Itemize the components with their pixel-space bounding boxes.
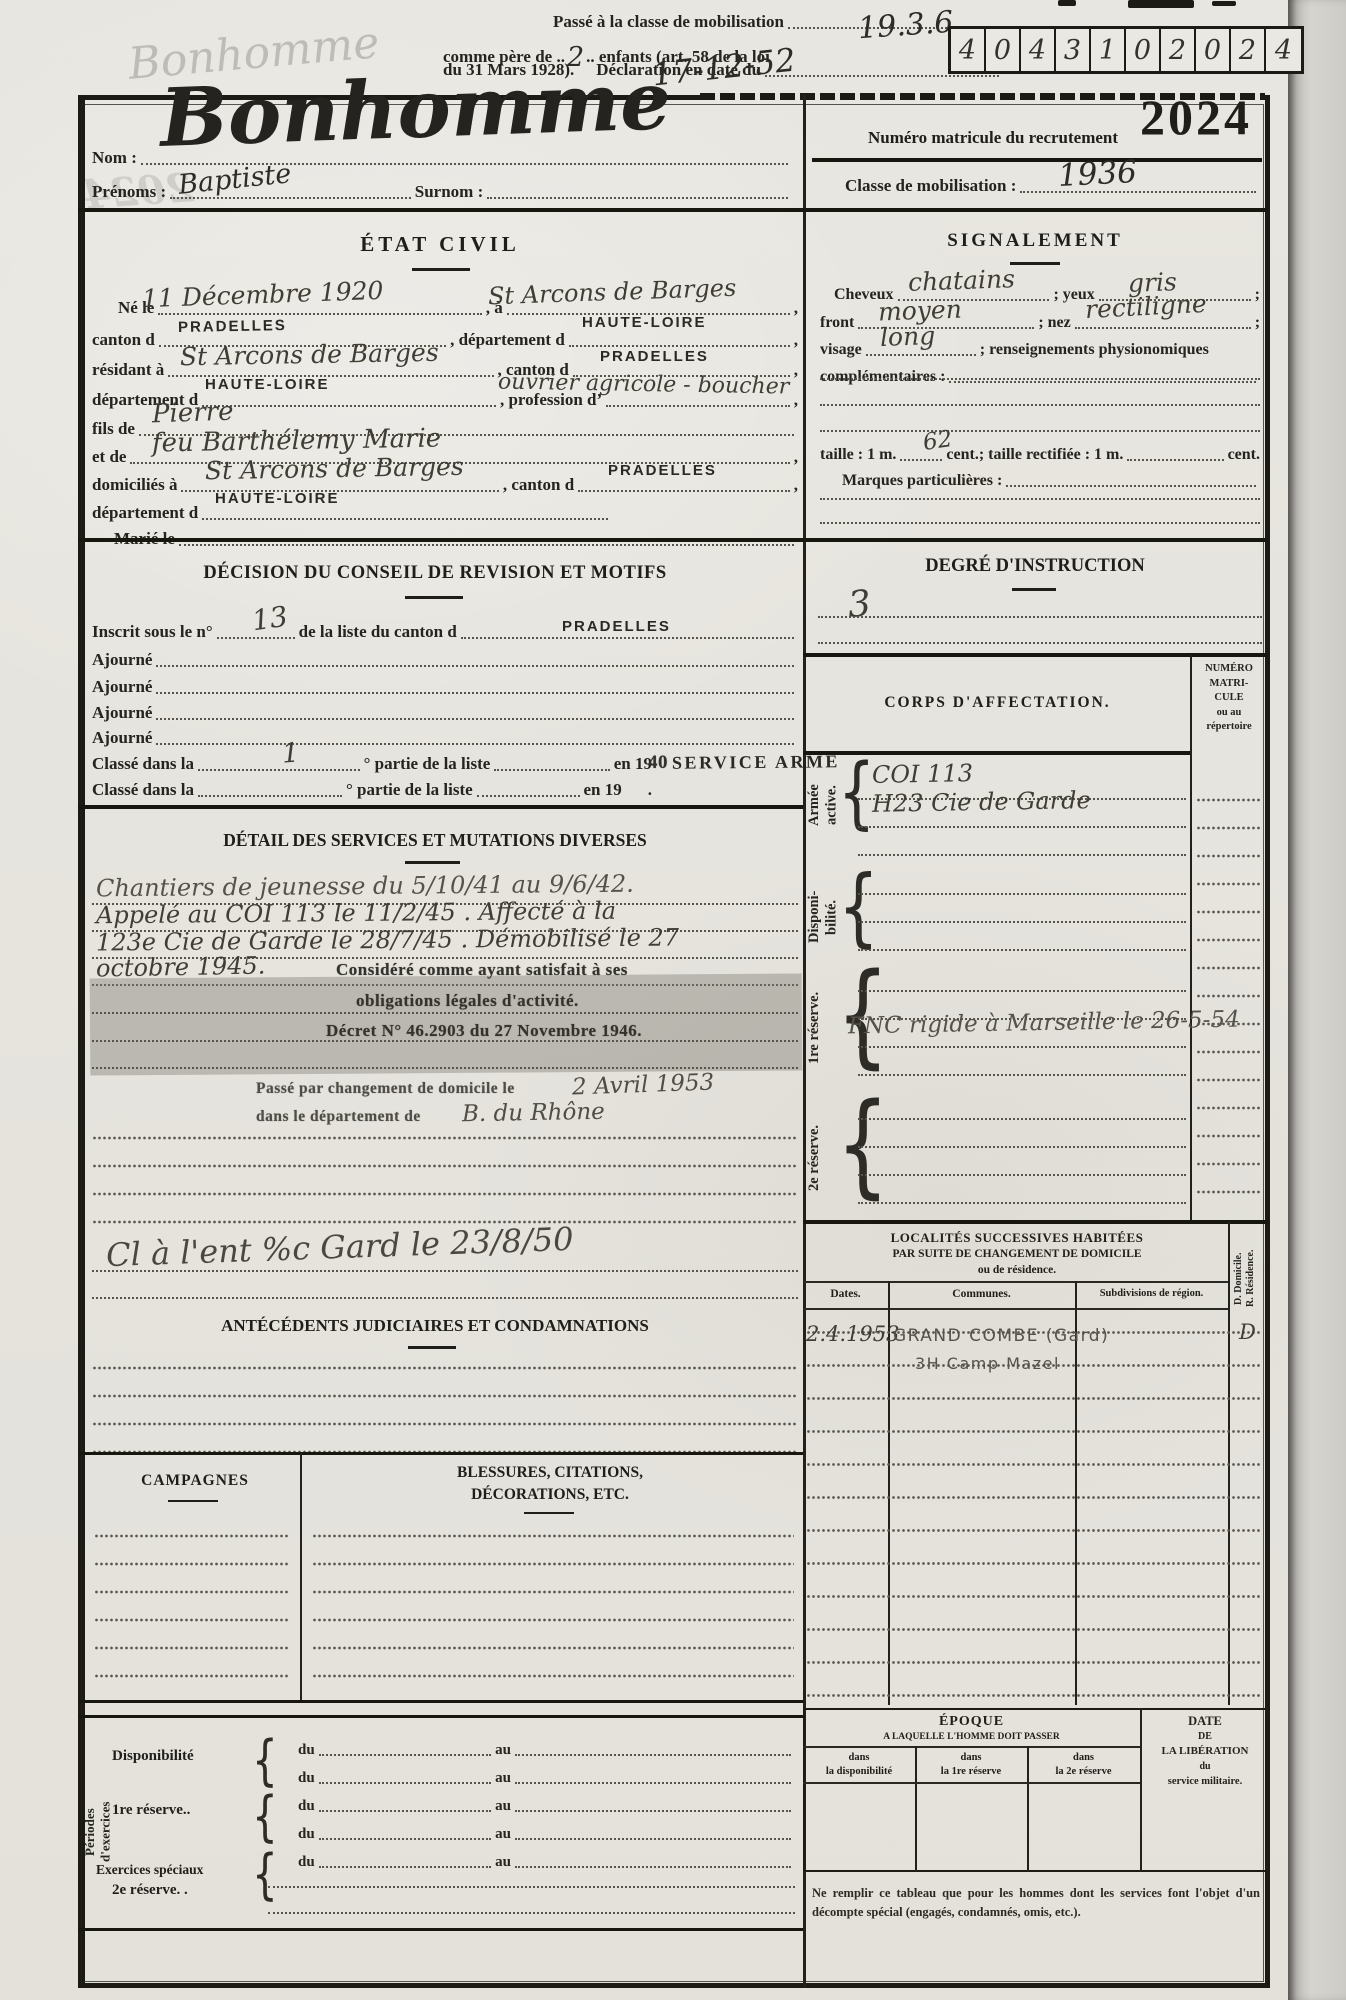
antecedents-title: ANTÉCÉDENTS JUDICIAIRES ET CONDAMNATIONS (130, 1316, 740, 1336)
date-header-line: LA LIBÉRATION (1142, 1744, 1268, 1759)
degre-instruction-title: DEGRÉ D'INSTRUCTION (880, 556, 1190, 577)
changement-date-handwritten: 2 Avril 1953 (572, 1070, 715, 1101)
dotted-leader (202, 518, 608, 520)
ajourne-row: Ajourné (92, 650, 798, 670)
registry-digit-cell: 0 (1126, 29, 1161, 71)
group-brace: { (838, 868, 879, 947)
reserve2-row-label: 2e réserve. . (112, 1882, 257, 1899)
localite-date-handwritten: 2.4.1953 (806, 1322, 900, 1346)
front-label: front (820, 314, 854, 332)
epoque-col1-line2: la disponibilité (803, 1766, 915, 1777)
title-rule (408, 1346, 456, 1349)
ajourne-label: Ajourné (92, 650, 152, 670)
dotted-leader (1006, 485, 1256, 487)
dr-header-line: R. Résidence. (1245, 1250, 1256, 1308)
dotted-leader (202, 405, 496, 407)
registry-digit: 4 (1275, 35, 1292, 66)
registry-digit: 0 (1134, 35, 1151, 66)
premiere-reserve-label: 1re réserve. (806, 968, 823, 1088)
visage-handwritten: long (880, 321, 936, 352)
title-rule (1010, 262, 1060, 265)
armee-active-label: Armée active. (806, 762, 841, 848)
au-label: au (495, 1742, 511, 1759)
registry-digit-cell: 4 (1266, 29, 1301, 71)
disponibilite-label: Disponi- bilité. (806, 874, 841, 960)
armee-label-line: Armée (806, 784, 822, 826)
comma: , (794, 330, 798, 350)
date-header-line: service militaire. (1142, 1774, 1268, 1789)
ajourne-row: Ajourné (92, 703, 798, 723)
registry-digit: 4 (959, 35, 976, 66)
thin-rule (803, 1746, 1140, 1748)
year-stamp: 40 (648, 752, 668, 774)
epoque-col3-line2: la 2e réserve (1027, 1766, 1140, 1777)
dispo-label-line: bilité. (823, 899, 839, 934)
satisfait-stamp-line: obligations légales d'activité. (356, 991, 579, 1011)
group-brace: { (252, 1850, 278, 1900)
dotted-leader (198, 795, 342, 797)
epoque-column-line (1027, 1746, 1029, 1872)
registry-digit-cell: 4 (951, 29, 986, 71)
changement-departement-handwritten: B. du Rhône (462, 1099, 605, 1127)
epoque-col2-line2: la 1re réserve (915, 1766, 1027, 1777)
dotted-leader (494, 769, 609, 771)
box-border (78, 1928, 803, 1931)
ajourne-label: Ajourné (92, 703, 152, 723)
nom-label: Nom : (92, 148, 137, 168)
dotted-line (858, 854, 1186, 856)
dotted-leader (158, 313, 481, 315)
father-name-handwritten: Pierre (152, 397, 234, 430)
au-label: au (495, 1798, 511, 1815)
group-brace: { (252, 1792, 278, 1842)
subdivisions-column-header: Subdivisions de région. (1075, 1288, 1228, 1299)
dotted-leader (949, 381, 1256, 383)
epoque-col2-line1: dans (915, 1752, 1027, 1763)
registry-digit: 3 (1064, 35, 1081, 66)
dotted-leader (319, 1838, 491, 1840)
dotted-line (818, 642, 1262, 644)
dotted-leader (606, 405, 790, 407)
matricule-value: 2024 (1140, 88, 1252, 146)
ruled-dotted-area (806, 1316, 1262, 1702)
numero-column-dotted-rows (1196, 786, 1262, 1214)
dotted-leader (515, 1810, 791, 1812)
thin-rule (803, 1281, 1228, 1283)
classe-dans-la-label: Classé dans la (92, 780, 194, 800)
inscrit-numero-handwritten: 13 (250, 600, 290, 638)
du-au-row: du au (298, 1742, 795, 1759)
dr-header-line: D. Domicile. (1233, 1252, 1244, 1305)
disponibilite-row-label: Disponibilité (112, 1748, 257, 1765)
dotted-leader (569, 345, 790, 347)
degre-value-handwritten: 3 (846, 583, 872, 626)
registry-digit-cell: 0 (986, 29, 1021, 71)
comma: , (794, 475, 798, 495)
deuxieme-reserve-label: 2e réserve. (806, 1098, 823, 1218)
registry-number-boxes: 4 0 4 3 1 0 2 0 2 4 (948, 26, 1304, 74)
title-rule (412, 268, 470, 271)
fils-de-label: fils de (92, 419, 135, 439)
dotted-line (820, 430, 1260, 432)
dotted-leader (319, 1782, 491, 1784)
dotted-line (818, 616, 1262, 618)
thin-rule (803, 1308, 1228, 1310)
dotted-leader (156, 743, 794, 745)
dotted-line (858, 1074, 1186, 1076)
surnom-label: Surnom : (415, 182, 483, 202)
partie-liste-label: ° partie de la liste (346, 780, 473, 800)
dotted-line (92, 1270, 798, 1272)
localite-dr-handwritten: D (1239, 1320, 1256, 1344)
dotted-leader (319, 1810, 491, 1812)
date-header-line: du (1142, 1759, 1268, 1774)
numero-header-line: ou au (1193, 706, 1265, 721)
dotted-line (858, 1118, 1186, 1120)
registry-digit: 0 (994, 35, 1011, 66)
etat-civil-row: département d (92, 503, 612, 523)
scan-smudge (1212, 1, 1236, 6)
heavy-rule (78, 538, 1268, 542)
localites-title-line1: LOCALITÉS SUCCESSIVES HABITÉES (813, 1230, 1221, 1246)
blessures-title-line2: DÉCORATIONS, ETC. (315, 1486, 785, 1504)
campagnes-title: CAMPAGNES (100, 1472, 290, 1490)
partie-numero-handwritten: 1 (281, 737, 300, 769)
registry-digit: 2 (1169, 35, 1186, 66)
registry-digit-cell: 1 (1091, 29, 1126, 71)
residant-label: résidant à (92, 360, 164, 380)
registry-digit-cell: 2 (1161, 29, 1196, 71)
periodes-label-line: Périodes (82, 1808, 97, 1856)
dotted-line (858, 1174, 1186, 1176)
decision-title: DÉCISION DU CONSEIL DE REVISION ET MOTIF… (130, 563, 740, 584)
canton-stamp: PRADELLES (562, 618, 671, 635)
comma: , (794, 298, 798, 318)
ruled-dotted-area (94, 1522, 290, 1694)
dotted-line (820, 404, 1260, 406)
scan-smudge (1058, 0, 1076, 6)
registry-digit-cell: 2 (1231, 29, 1266, 71)
dotted-leader (1127, 459, 1223, 461)
dotted-leader (1020, 191, 1256, 193)
epoque-col1-line1: dans (803, 1752, 915, 1763)
inscrit-label: Inscrit sous le n° (92, 622, 213, 642)
taille-row: taille : 1 m. cent.; taille rectifiée : … (820, 446, 1260, 464)
comma: , (794, 360, 798, 380)
dotted-leader (156, 692, 794, 694)
classe-mobilisation-row: Classe de mobilisation : (845, 176, 1260, 196)
dotted-leader (319, 1866, 491, 1868)
taille-rectifiee-label: cent.; taille rectifiée : 1 m. (946, 446, 1123, 464)
classe-value-handwritten: 1936 (1057, 154, 1138, 194)
title-rule (524, 1512, 574, 1514)
et-de-label: et de (92, 447, 126, 467)
heavy-rule (78, 805, 803, 809)
box-border (78, 1700, 803, 1703)
dotted-line (858, 1046, 1186, 1048)
au-label: au (495, 1854, 511, 1871)
partie-liste-label: ° partie de la liste (364, 754, 491, 774)
ruled-dotted-area (92, 1354, 798, 1452)
reserve1-row-label: 1re réserve.. (112, 1802, 257, 1819)
comma: , (794, 447, 798, 467)
canton-stamp: PRADELLES (178, 317, 287, 336)
localites-title-line3: ou de résidence. (813, 1264, 1221, 1276)
detail-services-title: DÉTAIL DES SERVICES ET MUTATIONS DIVERSE… (130, 830, 740, 851)
dispo-label-line: Disponi- (806, 891, 822, 943)
periodes-exercices-label: Périodes d'exercices (82, 1762, 113, 1902)
dotted-leader (1075, 327, 1251, 329)
numero-column-line (1190, 655, 1192, 1222)
classe-dans-la-label: Classé dans la (92, 754, 194, 774)
canton-stamp: PRADELLES (600, 348, 709, 365)
dates-column-header: Dates. (803, 1288, 888, 1300)
box-divider (300, 1452, 302, 1700)
matricule-label: Numéro matricule du recrutement (828, 128, 1158, 148)
domicilies-label: domiciliés à (92, 475, 177, 495)
dotted-line (858, 826, 1186, 828)
canton-stamp: PRADELLES (608, 462, 717, 479)
dotted-leader (487, 197, 788, 199)
departement-stamp: HAUTE-LOIRE (215, 490, 340, 507)
domicile-handwritten: St Arcons de Barges (205, 452, 464, 486)
res2-label-line: 2e réserve. (806, 1125, 822, 1191)
services-handwritten-line: 123e Cie de Garde le 28/7/45 . Démobilis… (96, 923, 679, 956)
dotted-line (820, 522, 1260, 524)
date-header-line: DE (1142, 1729, 1268, 1744)
semicolon: ; (1255, 286, 1260, 304)
dotted-leader (198, 769, 360, 771)
period: . (648, 780, 652, 800)
epoque-column-line (915, 1746, 917, 1872)
dotted-leader (179, 544, 794, 546)
epoque-title: ÉPOQUE (803, 1714, 1140, 1730)
satisfait-stamp-line: Considéré comme ayant satisfait à ses (336, 960, 628, 980)
classe-label: Classe de mobilisation : (845, 176, 1016, 196)
changement-domicile-line: Passé par changement de domicile le (256, 1080, 515, 1098)
periodes-label-line: d'exercices (98, 1802, 113, 1862)
dotted-line (858, 990, 1186, 992)
classe-liste-row: Classé dans la ° partie de la liste en 1… (92, 780, 652, 800)
heavy-rule (803, 1220, 1268, 1224)
ajourne-row: Ajourné (92, 728, 798, 748)
dotted-line (820, 498, 1260, 500)
ajourne-label: Ajourné (92, 728, 152, 748)
canton-label: canton d (92, 330, 155, 350)
box-border (78, 1452, 803, 1455)
taille-handwritten: 62 (921, 426, 954, 456)
dotted-line (92, 1040, 798, 1042)
dotted-line (858, 921, 1186, 923)
numero-matricule-header: NUMÉRO MATRI- CULE ou au répertoire (1193, 662, 1265, 735)
comma: , (794, 390, 798, 410)
ajourne-label: Ajourné (92, 677, 152, 697)
du-label: du (298, 1742, 315, 1759)
scanned-document-page: Bonhomme 2024 Passé à la classe de mobil… (0, 0, 1346, 2000)
numero-header-line: répertoire (1193, 720, 1265, 735)
registry-digit: 2 (1239, 35, 1256, 66)
communes-column-header: Communes. (888, 1288, 1075, 1300)
semicolon: ; (1255, 314, 1260, 332)
visage-label: visage (820, 341, 862, 359)
du-au-row: du au (298, 1798, 795, 1815)
dotted-leader (515, 1782, 791, 1784)
dotted-leader (515, 1866, 791, 1868)
marques-label: Marques particulières : (842, 472, 1002, 490)
profession-handwritten: ouvrier agricole - boucher (498, 369, 790, 399)
localites-title-line2: PAR SUITE DE CHANGEMENT DE DOMICILE (813, 1248, 1221, 1260)
ajourne-row: Ajourné (92, 677, 798, 697)
residence-handwritten: St Arcons de Barges (180, 338, 439, 372)
date-liberation-header: DATE DE LA LIBÉRATION du service militai… (1142, 1714, 1268, 1789)
departement-stamp: HAUTE-LOIRE (582, 314, 707, 331)
registry-digit: 4 (1029, 35, 1046, 66)
etat-civil-title: ÉTAT CIVIL (200, 232, 680, 257)
exercices-speciaux-label: Exercices spéciaux (96, 1862, 256, 1878)
prenoms-label: Prénoms : (92, 182, 166, 202)
dotted-leader (765, 75, 999, 77)
dotted-line (820, 378, 1260, 380)
cent-label: cent. (1228, 446, 1260, 464)
scan-smudge (1128, 0, 1194, 8)
nom-value-handwritten: Bonhomme (159, 53, 673, 165)
numero-header-line: CULE (1193, 691, 1265, 706)
satisfait-stamp-line: Décret N° 46.2903 du 27 Novembre 1946. (326, 1021, 642, 1041)
dotted-line (858, 1146, 1186, 1148)
dotted-leader (515, 1838, 791, 1840)
inscrit-row: Inscrit sous le n° de la liste du canton… (92, 622, 798, 642)
dotted-line (268, 1886, 795, 1888)
du-label: du (298, 1798, 315, 1815)
dotted-leader (156, 665, 794, 667)
du-au-row: du au (298, 1854, 795, 1871)
note-line1-text: Passé à la classe de mobilisation (553, 12, 784, 32)
departement-stamp: HAUTE-LOIRE (205, 376, 330, 393)
liste-canton-label: de la liste du canton d (299, 622, 457, 642)
du-label: du (298, 1854, 315, 1871)
registry-digit-cell: 3 (1056, 29, 1091, 71)
title-rule (1012, 588, 1056, 591)
dotted-leader (866, 354, 976, 356)
renseignements-label: ; renseignements physionomiques (980, 341, 1209, 359)
cheveux-handwritten: chatains (908, 264, 1016, 297)
res1-label-line: 1re réserve. (806, 992, 822, 1064)
en19-label: en 19 (614, 754, 652, 774)
group-brace: { (252, 1736, 278, 1786)
dotted-leader (477, 795, 580, 797)
dotted-leader (461, 637, 794, 639)
thin-rule (803, 1782, 1140, 1784)
au-label: au (495, 1826, 511, 1843)
dotted-line (858, 1202, 1186, 1204)
epoque-subtitle: A LAQUELLE L'HOMME DOIT PASSER (803, 1732, 1140, 1742)
title-rule (168, 1500, 218, 1502)
epoque-col3-line1: dans (1027, 1752, 1140, 1763)
du-label: du (298, 1770, 315, 1787)
dotted-leader (319, 1754, 491, 1756)
heavy-rule (812, 158, 1262, 162)
heavy-rule (803, 653, 1268, 657)
en19-label: en 19 (584, 780, 622, 800)
armee-label-line: active. (823, 785, 839, 825)
epoque-footnote: Ne remplir ce tableau que pour les homme… (812, 1884, 1260, 1923)
registry-digit: 1 (1099, 35, 1116, 66)
localite-commune-handwritten: GRAND COMBE (Gard) (893, 1326, 1109, 1346)
dotted-line (268, 1912, 795, 1914)
dotted-line (858, 893, 1186, 895)
du-label: du (298, 1826, 315, 1843)
marques-row: Marques particulières : (820, 472, 1260, 490)
au-label: au (495, 1770, 511, 1787)
localite-commune2-handwritten: 3H Camp Mazel (915, 1354, 1060, 1373)
canton-label: , canton d (503, 475, 574, 495)
departement-label: , département d (450, 330, 565, 350)
dotted-line (92, 1012, 798, 1014)
group-brace: { (838, 758, 875, 830)
dotted-line (92, 1067, 798, 1069)
ruled-dotted-area (312, 1522, 794, 1694)
title-rule (405, 596, 463, 599)
registry-digit-cell: 0 (1196, 29, 1231, 71)
signalement-title: SIGNALEMENT (900, 230, 1170, 252)
numero-header-line: NUMÉRO (1193, 662, 1265, 677)
numero-header-line: MATRI- (1193, 677, 1265, 692)
blessures-title-line1: BLESSURES, CITATIONS, (315, 1464, 785, 1482)
taille-label: taille : 1 m. (820, 446, 896, 464)
classe-liste-row: Classé dans la ° partie de la liste en 1… (92, 754, 652, 774)
du-au-row: du au (298, 1770, 795, 1787)
departement-label: département d (92, 503, 198, 523)
dotted-leader (156, 718, 794, 720)
dotted-leader (515, 1754, 791, 1756)
heavy-rule (78, 208, 1268, 212)
corps-affectation-title: CORPS D'AFFECTATION. (850, 694, 1145, 712)
box-border (78, 1715, 803, 1718)
nez-label: ; nez (1038, 314, 1070, 332)
armee-active-entry1-handwritten: COI 113 (872, 759, 973, 789)
paper-edge (1288, 0, 1346, 2000)
registry-digit-cell: 4 (1021, 29, 1056, 71)
du-au-row: du au (298, 1826, 795, 1843)
dotted-line (858, 949, 1186, 951)
dotted-line (92, 1297, 798, 1299)
dotted-leader (900, 459, 942, 461)
title-rule (405, 861, 460, 864)
armee-active-entry2-handwritten: H23 Cie de Garde (872, 786, 1091, 818)
dotted-leader (578, 490, 790, 492)
registry-digit: 0 (1204, 35, 1221, 66)
date-header-line: DATE (1142, 1714, 1268, 1729)
